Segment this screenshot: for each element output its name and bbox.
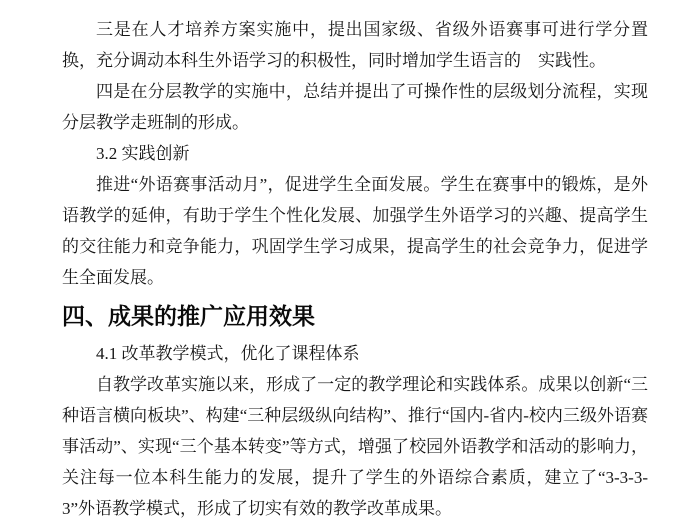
- paragraph: 三是在人才培养方案实施中，提出国家级、省级外语赛事可进行学分置换，充分调动本科生…: [62, 14, 648, 76]
- paragraph: 四是在分层教学的实施中，总结并提出了可操作性的层级划分流程，实现分层教学走班制的…: [62, 76, 648, 138]
- paragraph: 自教学改革实施以来，形成了一定的教学理论和实践体系。成果以创新“三种语言横向板块…: [62, 369, 648, 524]
- document-body: 三是在人才培养方案实施中，提出国家级、省级外语赛事可进行学分置换，充分调动本科生…: [62, 14, 648, 524]
- paragraph: 3.2 实践创新: [62, 138, 648, 169]
- paragraph: 推进“外语赛事活动月”，促进学生全面发展。学生在赛事中的锻炼，是外语教学的延伸，…: [62, 169, 648, 293]
- paragraph: 4.1 改革教学模式，优化了课程体系: [62, 338, 648, 369]
- document-page: 三是在人才培养方案实施中，提出国家级、省级外语赛事可进行学分置换，充分调动本科生…: [0, 0, 692, 532]
- section-heading: 四、成果的推广应用效果: [62, 298, 648, 334]
